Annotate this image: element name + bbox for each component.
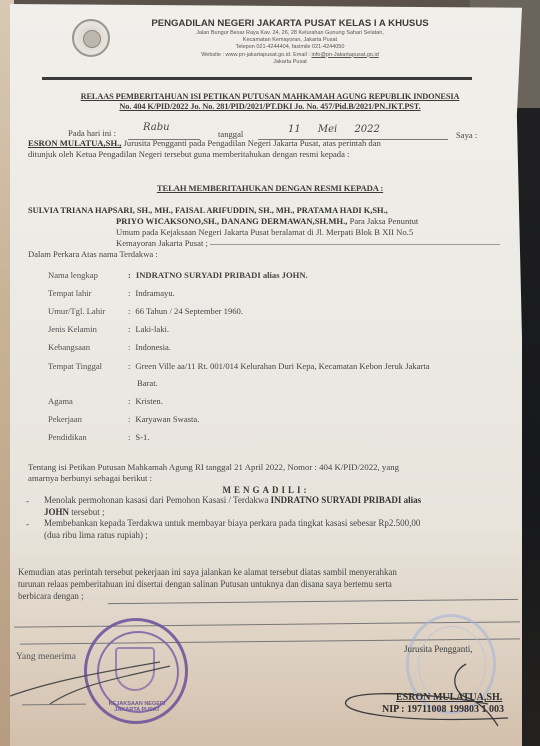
- court-name: PENGADILAN NEGERI JAKARTA PUSAT KELAS I …: [120, 18, 460, 29]
- court-address: Jalan Bungur Besar Raya Kav. 24, 26, 28 …: [120, 30, 460, 66]
- recipient-signature-icon: [10, 644, 210, 704]
- document-page: PENGADILAN NEGERI JAKARTA PUSAT KELAS I …: [10, 4, 522, 746]
- recipients-names-2: PRIYO WICAKSONO,SH., DANANG DERMAWAN,SH.…: [116, 216, 347, 226]
- bullet: -: [26, 496, 29, 506]
- field-value: :INDRATNO SURYADI PRIBADI alias JOHN.: [128, 270, 308, 280]
- recipients-line-1: SULVIA TRIANA HAPSARI, SH., MH., FAISAL …: [28, 205, 518, 216]
- birthplace-value: Indramayu.: [135, 288, 174, 298]
- recipients-line-3: Umum pada Kejaksaan Negeri Jakarta Pusat…: [116, 227, 413, 238]
- closing-line-2: turunan relaas pemberitahuan ini diserta…: [18, 579, 392, 590]
- mengadili-heading: MENGADILI:: [10, 485, 522, 495]
- bailiff-signature-icon: [328, 654, 522, 734]
- recipients-fill-line: [210, 244, 500, 245]
- recipients-role: Para Jaksa Penuntut: [347, 216, 418, 226]
- website-line: Website : www.pn-jakartapusat.go.id. Ema…: [120, 52, 460, 59]
- header-divider: [42, 77, 472, 80]
- verdict-item-1-alias: JOHN: [44, 507, 69, 517]
- recipients-line-4: Kemayoran Jakarta Pusat ;: [116, 238, 208, 249]
- field-value: :Indonesia.: [128, 342, 171, 352]
- field-label: Umur/Tgl. Lahir: [48, 306, 105, 316]
- recipients-line-2: PRIYO WICAKSONO,SH., DANANG DERMAWAN,SH.…: [116, 216, 418, 227]
- case-intro: Dalam Perkara Atas nama Terdakwa :: [28, 249, 158, 260]
- occupation-value: Karyawan Swasta.: [135, 414, 199, 424]
- verdict-item-1-line-2: JOHN tersebut ;: [44, 507, 105, 518]
- field-value: :Laki-laki.: [128, 324, 169, 334]
- field-label: Jenis Kelamin: [48, 324, 97, 334]
- court-seal-icon: [72, 19, 110, 57]
- field-value: :Karyawan Swasta.: [128, 414, 199, 424]
- intro-line-1: ESRON MULATUA,SH., Jurusita Pengganti pa…: [28, 138, 506, 149]
- day-value: Rabu: [143, 122, 170, 133]
- phone-line: Telepon 021-4244404, faximile 021-424405…: [120, 44, 460, 51]
- intro-line-2: ditunjuk oleh Ketua Pengadilan Negeri te…: [28, 149, 506, 160]
- field-label: Tempat lahir: [48, 288, 92, 298]
- field-value: :Green Ville aa/11 Rt. 001/014 Kelurahan…: [128, 361, 430, 371]
- website-label: Website : www.pn-jakartapusat.go.id. Ema…: [201, 52, 311, 58]
- verdict-item-2-line-2: (dua ribu lima ratus rupiah) ;: [44, 530, 148, 541]
- address-line-2: Kecamatan Kemayoran, Jakarta Pusat: [120, 37, 460, 44]
- city-line: Jakarta Pusat: [120, 59, 460, 66]
- address-value: Green Ville aa/11 Rt. 001/014 Kelurahan …: [135, 361, 429, 371]
- email-link[interactable]: info@pn-Jakartapusat.go.id: [311, 52, 378, 58]
- officer-name: ESRON MULATUA,SH.,: [28, 138, 121, 148]
- verdict-item-1-text: Menolak permohonan kasasi dari Pemohon K…: [44, 495, 271, 505]
- closing-line-1: Kemudian atas perintah tersebut pekerjaa…: [18, 567, 397, 578]
- verdict-item-1-defendant: INDRATNO SURYADI PRIBADI alias: [271, 495, 421, 505]
- bullet: -: [26, 519, 29, 529]
- field-label: Pendidikan: [48, 432, 87, 442]
- recipient-sign-line: [22, 704, 86, 706]
- field-label: Pekerjaan: [48, 414, 82, 424]
- gender-value: Laki-laki.: [135, 324, 169, 334]
- field-value-continued: Barat.: [137, 378, 158, 388]
- nationality-value: Indonesia.: [135, 342, 171, 352]
- address-line-1: Jalan Bungur Besar Raya Kav. 24, 26, 28 …: [120, 30, 460, 37]
- field-label: Tempat Tinggal: [48, 361, 102, 371]
- intro-text: Jurusita Pengganti pada Pengadilan Neger…: [121, 138, 380, 148]
- religion-value: Kristen.: [135, 396, 162, 406]
- field-value: :Indramayu.: [128, 288, 175, 298]
- verdict-intro-line-1: Tentang isi Petikan Putusan Mahkamah Agu…: [28, 462, 518, 473]
- spoke-with-blank: [108, 599, 518, 604]
- verdict-intro-line-2: amarnya berbunyi sebagai berikut :: [28, 473, 152, 484]
- field-value: :Kristen.: [128, 396, 163, 406]
- closing-line-3: berbicara dengan ;: [18, 591, 84, 602]
- verdict-item-1: Menolak permohonan kasasi dari Pemohon K…: [44, 495, 421, 506]
- field-value: :S-1.: [128, 432, 149, 442]
- notified-heading: TELAH MEMBERITAHUKAN DENGAN RESMI KEPADA…: [30, 183, 510, 193]
- document-title-line-2: No. 404 K/PID/2022 Jo. No. 281/PID/2021/…: [30, 102, 510, 111]
- education-value: S-1.: [135, 432, 149, 442]
- field-label: Kebangsaan: [48, 342, 90, 352]
- defendant-name: INDRATNO SURYADI PRIBADI alias JOHN.: [136, 270, 308, 280]
- field-label: Agama: [48, 396, 73, 406]
- field-value: :66 Tahun / 24 September 1960.: [128, 306, 243, 316]
- document-title-line-1: RELAAS PEMBERITAHUAN ISI PETIKAN PUTUSAN…: [30, 92, 510, 101]
- field-label: Nama lengkap: [48, 270, 98, 280]
- verdict-item-1-tail: tersebut ;: [69, 507, 105, 517]
- date-value: 11 Mei 2022: [288, 124, 380, 135]
- age-dob-value: 66 Tahun / 24 September 1960.: [135, 306, 243, 316]
- verdict-item-2: Membebankan kepada Terdakwa untuk membay…: [44, 518, 420, 529]
